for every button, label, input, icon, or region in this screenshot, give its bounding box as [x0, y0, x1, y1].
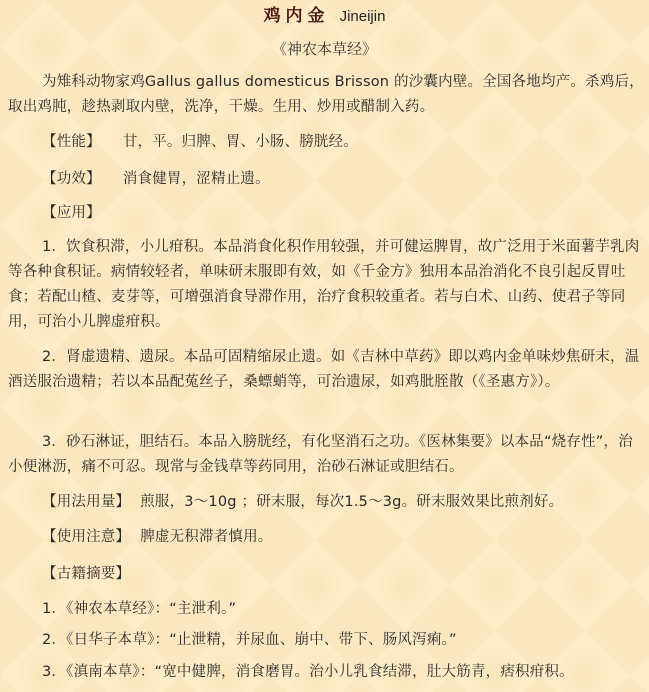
- properties-label: 【性能】: [42, 134, 101, 150]
- source-citation: 《神农本草经》: [0, 38, 649, 59]
- cautions-label: 【使用注意】: [42, 529, 130, 545]
- classics-item-3: 3．《滇南本草》：“宽中健脾，消食磨胃。治小儿乳食结滞，肚大筋青，痞积疳积。: [8, 660, 644, 685]
- cautions-text: 脾虚无积滞者慎用。: [140, 529, 272, 545]
- page-title: 鸡内金Jineijin: [0, 4, 649, 29]
- application-item-1: 1．饮食积滞，小儿疳积。本品消食化积作用较强，并可健运脾胃，故广泛用于米面薯芋乳…: [8, 235, 644, 335]
- classics-heading: 【古籍摘要】: [8, 562, 644, 587]
- properties-section: 【性能】甘，平。归脾、胃、小肠、膀胱经。: [8, 130, 644, 155]
- title-pinyin: Jineijin: [340, 8, 386, 25]
- effects-text: 消食健胃，涩精止遗。: [123, 171, 270, 187]
- dosage-text: 煎服，3～10g ；研末服，每次1.5～3g。研末服效果比煎剂好。: [140, 494, 563, 510]
- application-item-3: 3．砂石淋证，胆结石。本品入膀胱经，有化坚消石之功。《医林集要》以本品“烧存性”…: [8, 430, 644, 480]
- application-item-2: 2．肾虚遗精、遗尿。本品可固精缩尿止遗。如《吉林中草药》即以鸡内金单味炒焦研末，…: [8, 345, 644, 395]
- document-page: 鸡内金Jineijin 《神农本草经》 为雉科动物家鸡Gallus gallus…: [0, 0, 649, 692]
- dosage-label: 【用法用量】: [42, 494, 130, 510]
- effects-label: 【功效】: [42, 171, 101, 187]
- intro-paragraph: 为雉科动物家鸡Gallus gallus domesticus Brisson …: [8, 70, 644, 120]
- title-chinese: 鸡内金: [264, 6, 330, 26]
- dosage-section: 【用法用量】煎服，3～10g ；研末服，每次1.5～3g。研末服效果比煎剂好。: [8, 490, 644, 515]
- classics-item-1: 1．《神农本草经》：“主泄利。”: [8, 597, 644, 622]
- effects-section: 【功效】消食健胃，涩精止遗。: [8, 167, 644, 192]
- cautions-section: 【使用注意】脾虚无积滞者慎用。: [8, 525, 644, 550]
- classics-item-2: 2．《日华子本草》：“止泄精，并尿血、崩中、带下、肠风泻痢。”: [8, 628, 644, 653]
- properties-text: 甘，平。归脾、胃、小肠、膀胱经。: [123, 134, 358, 150]
- application-heading: 【应用】: [8, 201, 644, 226]
